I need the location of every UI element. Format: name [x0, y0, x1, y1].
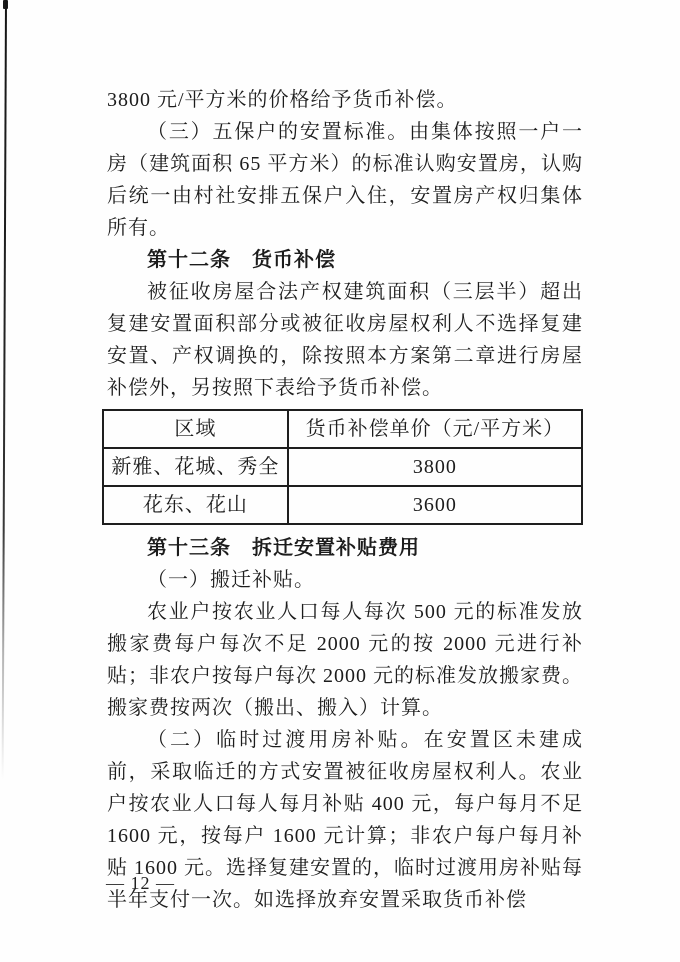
- table-cell-price: 3800: [288, 448, 582, 486]
- table-cell-region: 花东、花山: [103, 486, 288, 524]
- paragraph-moving-subsidy-title: （一）搬迁补贴。: [107, 564, 583, 596]
- paragraph-monetary-compensation: 被征收房屋合法产权建筑面积（三层半）超出复建安置面积部分或被征收房屋权利人不选择…: [107, 276, 583, 404]
- compensation-price-table: 区域 货币补偿单价（元/平方米） 新雅、花城、秀全 3800 花东、花山 360…: [102, 409, 583, 525]
- paragraph-wubaohu-placement: （三）五保户的安置标准。由集体按照一户一房（建筑面积 65 平方米）的标准认购安…: [107, 116, 583, 244]
- table-header-region: 区域: [103, 410, 288, 448]
- page-number: — 12 —: [106, 873, 175, 894]
- document-body: 3800 元/平方米的价格给予货币补偿。 （三）五保户的安置标准。由集体按照一户…: [107, 84, 583, 916]
- scanned-document-page: 3800 元/平方米的价格给予货币补偿。 （三）五保户的安置标准。由集体按照一户…: [0, 0, 680, 962]
- table-header-unit-price: 货币补偿单价（元/平方米）: [288, 410, 582, 448]
- paragraph-moving-subsidy-detail: 农业户按农业人口每人每次 500 元的标准发放搬家费每户每次不足 2000 元的…: [107, 596, 583, 724]
- article-12-heading: 第十二条 货币补偿: [107, 244, 583, 276]
- table-row: 花东、花山 3600: [103, 486, 582, 524]
- table-cell-region: 新雅、花城、秀全: [103, 448, 288, 486]
- paragraph-continuation: 3800 元/平方米的价格给予货币补偿。: [107, 84, 583, 116]
- paragraph-temporary-housing-subsidy: （二）临时过渡用房补贴。在安置区未建成前，采取临迁的方式安置被征收房屋权利人。农…: [107, 724, 583, 916]
- table-cell-price: 3600: [288, 486, 582, 524]
- article-13-heading: 第十三条 拆迁安置补贴费用: [107, 532, 583, 564]
- table-header-row: 区域 货币补偿单价（元/平方米）: [103, 410, 582, 448]
- table-row: 新雅、花城、秀全 3800: [103, 448, 582, 486]
- scan-artifact-edge-line: [2, 0, 7, 780]
